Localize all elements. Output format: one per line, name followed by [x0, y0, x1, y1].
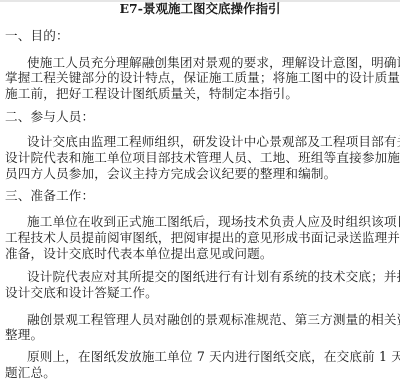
- section-heading-preparation: 三、准备工作：: [5, 188, 397, 204]
- section-heading-purpose: 一、目的：: [5, 28, 397, 44]
- paragraph-line: 掌握工程关键部分的设计特点，保证施工质量；将施工图中的设计质量隐患消灭在: [5, 70, 397, 86]
- paragraph-line: 使施工人员充分理解融创集团对景观的要求，理解设计意图，明确设计要求，: [27, 55, 397, 71]
- paragraph-line: 设计院代表应对其所提交的图纸进行有计划有系统的技术交底；并提前准备做好: [27, 269, 397, 285]
- paragraph-line: 设计交底和设计答疑工作。: [5, 285, 397, 301]
- paragraph-line: 题汇总。: [5, 365, 397, 381]
- paragraph-line: 准备，设计交底时代表本单位提出意见或问题。: [5, 246, 397, 262]
- paragraph-line: 融创景观工程管理人员对融创的景观标准规范、第三方测量的相关资料进行: [27, 312, 397, 328]
- section-heading-participants: 二、参与人员：: [5, 109, 397, 125]
- paragraph-line: 原则上，在图纸发放施工单位 7 天内进行图纸交底，在交底前 1 天将相关问: [27, 349, 397, 365]
- paragraph-line: 施工前，把好工程设计图纸质量关，特制定本指引。: [5, 86, 397, 102]
- paragraph-line: 设计交底由监理工程师组织，研发设计中心景观部及工程项目部有关人员、: [27, 134, 397, 150]
- paragraph-line: 员四方人员参加，会议主持方完成会议纪要的整理和编制。: [5, 166, 397, 182]
- paragraph-line: 施工单位在收到正式施工图纸后，现场技术负责人应及时组织该项目相关专业: [27, 214, 397, 230]
- document-title: E7-景观施工图交底操作指引: [0, 1, 400, 17]
- paragraph-line: 整理。: [5, 327, 397, 343]
- paragraph-line: 设计院代表和施工单位项目部技术管理人员、工地、班组等直接参加施工的技术: [5, 150, 397, 166]
- paragraph-line: 工程技术人员提前阅审图纸，把阅审提出的意见形成书面记录送监理并做好充分: [5, 230, 397, 246]
